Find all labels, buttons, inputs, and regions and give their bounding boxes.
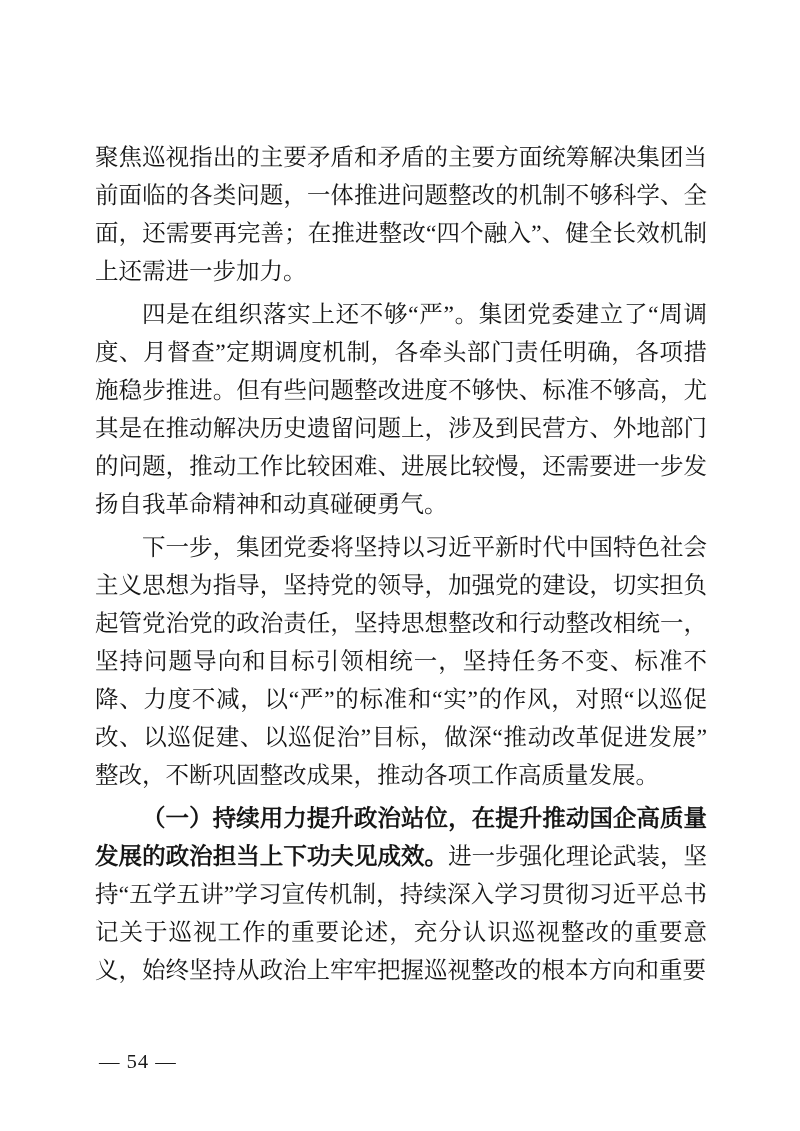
paragraph-text: 四是在组织落实上还不够“严”。集团党委建立了“周调度、月督查”定期调度机制，各牵…: [95, 302, 707, 518]
page-number: — 54 —: [99, 1051, 177, 1073]
paragraph: （一）持续用力提升政治站位，在提升推动国企高质量发展的政治担当上下功夫见成效。进…: [95, 800, 707, 990]
paragraph: 四是在组织落实上还不够“严”。集团党委建立了“周调度、月督查”定期调度机制，各牵…: [95, 296, 707, 524]
paragraph-text: 聚焦巡视指出的主要矛盾和矛盾的主要方面统筹解决集团当前面临的各类问题，一体推进问…: [95, 145, 707, 285]
paragraph-text: 下一步，集团党委将坚持以习近平新时代中国特色社会主义思想为指导，坚持党的领导，加…: [95, 535, 707, 789]
paragraph: 聚焦巡视指出的主要矛盾和矛盾的主要方面统筹解决集团当前面临的各类问题，一体推进问…: [95, 139, 707, 291]
paragraph: 下一步，集团党委将坚持以习近平新时代中国特色社会主义思想为指导，坚持党的领导，加…: [95, 529, 707, 795]
document-body: 聚焦巡视指出的主要矛盾和矛盾的主要方面统筹解决集团当前面临的各类问题，一体推进问…: [95, 139, 707, 990]
document-page: 聚焦巡视指出的主要矛盾和矛盾的主要方面统筹解决集团当前面临的各类问题，一体推进问…: [0, 0, 800, 1131]
page-footer: — 54 —: [99, 1048, 177, 1076]
